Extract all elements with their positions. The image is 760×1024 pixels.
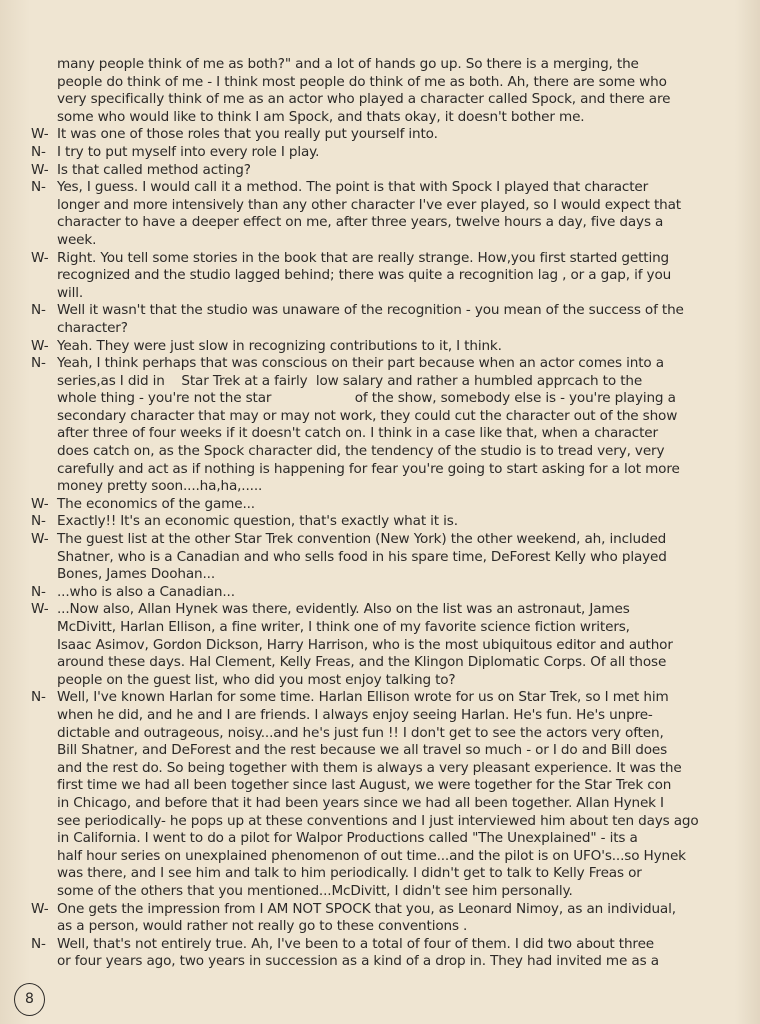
text-line: as a person, would rather not really go …	[57, 918, 752, 936]
text-line: ...Now also, Allan Hynek was there, evid…	[57, 601, 752, 619]
interviewer-entry: W-One gets the impression from I AM NOT …	[32, 901, 752, 936]
text-line: and the rest do. So being together with …	[57, 760, 752, 778]
interviewer-entry: W-The economics of the game...	[32, 496, 752, 514]
nimoy-entry: N-I try to put myself into every role I …	[32, 144, 752, 162]
speaker-label: N-	[31, 144, 55, 162]
interviewer-entry: W-Right. You tell some stories in the bo…	[32, 250, 752, 303]
interview-entries: W-It was one of those roles that you rea…	[32, 126, 752, 971]
nimoy-entry: N-Exactly!! It's an economic question, t…	[32, 513, 752, 531]
text-line: people do think of me - I think most peo…	[57, 74, 752, 92]
text-line: Shatner, who is a Canadian and who sells…	[57, 549, 752, 567]
text-line: Is that called method acting?	[57, 162, 752, 180]
text-line: Well, that's not entirely true. Ah, I've…	[57, 936, 752, 954]
opening-continuation-paragraph: many people think of me as both?" and a …	[32, 56, 752, 126]
text-line: some of the others that you mentioned...…	[57, 883, 752, 901]
text-line: Yes, I guess. I would call it a method. …	[57, 179, 752, 197]
text-line: Exactly!! It's an economic question, tha…	[57, 513, 752, 531]
text-line: I try to put myself into every role I pl…	[57, 144, 752, 162]
text-line: Bones, James Doohan...	[57, 566, 752, 584]
text-line: whole thing - you're not the star of the…	[57, 390, 752, 408]
text-line: The economics of the game...	[57, 496, 752, 514]
nimoy-entry: N-Well, that's not entirely true. Ah, I'…	[32, 936, 752, 971]
text-line: will.	[57, 285, 752, 303]
text-line: McDivitt, Harlan Ellison, a fine writer,…	[57, 619, 752, 637]
text-line: longer and more intensively than any oth…	[57, 197, 752, 215]
text-line: recognized and the studio lagged behind;…	[57, 267, 752, 285]
text-line: Well it wasn't that the studio was unawa…	[57, 302, 752, 320]
interviewer-entry: W-Is that called method acting?	[32, 162, 752, 180]
interviewer-entry: W-The guest list at the other Star Trek …	[32, 531, 752, 584]
text-line: ...who is also a Canadian...	[57, 584, 752, 602]
text-line: when he did, and he and I are friends. I…	[57, 707, 752, 725]
text-line: many people think of me as both?" and a …	[57, 56, 752, 74]
nimoy-entry: N-Yes, I guess. I would call it a method…	[32, 179, 752, 249]
speaker-label: N-	[31, 302, 55, 320]
text-line: does catch on, as the Spock character di…	[57, 443, 752, 461]
text-line: Yeah. They were just slow in recognizing…	[57, 338, 752, 356]
magazine-page: many people think of me as both?" and a …	[0, 0, 760, 1024]
text-line: week.	[57, 232, 752, 250]
text-line: Well, I've known Harlan for some time. H…	[57, 689, 752, 707]
text-line: in Chicago, and before that it had been …	[57, 795, 752, 813]
speaker-label: N-	[31, 179, 55, 197]
speaker-label: W-	[31, 162, 55, 180]
text-line: around these days. Hal Clement, Kelly Fr…	[57, 654, 752, 672]
nimoy-entry: N-...who is also a Canadian...	[32, 584, 752, 602]
interview-transcript: many people think of me as both?" and a …	[32, 56, 752, 971]
text-line: Bill Shatner, and DeForest and the rest …	[57, 742, 752, 760]
text-line: money pretty soon....ha,ha,.....	[57, 478, 752, 496]
speaker-label: N-	[31, 355, 55, 373]
text-line: first time we had all been together sinc…	[57, 777, 752, 795]
speaker-label: W-	[31, 126, 55, 144]
speaker-label: W-	[31, 601, 55, 619]
speaker-label: N-	[31, 689, 55, 707]
text-line: Yeah, I think perhaps that was conscious…	[57, 355, 752, 373]
text-line: see periodically- he pops up at these co…	[57, 813, 752, 831]
text-line: people on the guest list, who did you mo…	[57, 672, 752, 690]
text-line: It was one of those roles that you reall…	[57, 126, 752, 144]
text-line: secondary character that may or may not …	[57, 408, 752, 426]
speaker-label: W-	[31, 496, 55, 514]
speaker-label: N-	[31, 584, 55, 602]
interviewer-entry: W-...Now also, Allan Hynek was there, ev…	[32, 601, 752, 689]
text-line: character?	[57, 320, 752, 338]
speaker-label: W-	[31, 338, 55, 356]
text-line: half hour series on unexplained phenomen…	[57, 848, 752, 866]
text-line: series,as I did in Star Trek at a fairly…	[57, 373, 752, 391]
text-line: One gets the impression from I AM NOT SP…	[57, 901, 752, 919]
interviewer-entry: W-Yeah. They were just slow in recognizi…	[32, 338, 752, 356]
text-line: was there, and I see him and talk to him…	[57, 865, 752, 883]
speaker-label: W-	[31, 531, 55, 549]
page-number-badge: 8	[14, 983, 45, 1016]
text-line: dictable and outrageous, noisy...and he'…	[57, 725, 752, 743]
speaker-label: W-	[31, 901, 55, 919]
nimoy-entry: N-Yeah, I think perhaps that was conscio…	[32, 355, 752, 496]
text-line: carefully and act as if nothing is happe…	[57, 461, 752, 479]
text-line: The guest list at the other Star Trek co…	[57, 531, 752, 549]
interviewer-entry: W-It was one of those roles that you rea…	[32, 126, 752, 144]
text-line: after three of four weeks if it doesn't …	[57, 425, 752, 443]
text-line: or four years ago, two years in successi…	[57, 953, 752, 971]
text-line: character to have a deeper effect on me,…	[57, 214, 752, 232]
nimoy-entry: N-Well, I've known Harlan for some time.…	[32, 689, 752, 900]
text-line: very specifically think of me as an acto…	[57, 91, 752, 109]
text-line: Isaac Asimov, Gordon Dickson, Harry Harr…	[57, 637, 752, 655]
text-line: some who would like to think I am Spock,…	[57, 109, 752, 127]
speaker-label: N-	[31, 936, 55, 954]
nimoy-entry: N-Well it wasn't that the studio was una…	[32, 302, 752, 337]
text-line: in California. I went to do a pilot for …	[57, 830, 752, 848]
speaker-label: N-	[31, 513, 55, 531]
text-line: Right. You tell some stories in the book…	[57, 250, 752, 268]
speaker-label: W-	[31, 250, 55, 268]
